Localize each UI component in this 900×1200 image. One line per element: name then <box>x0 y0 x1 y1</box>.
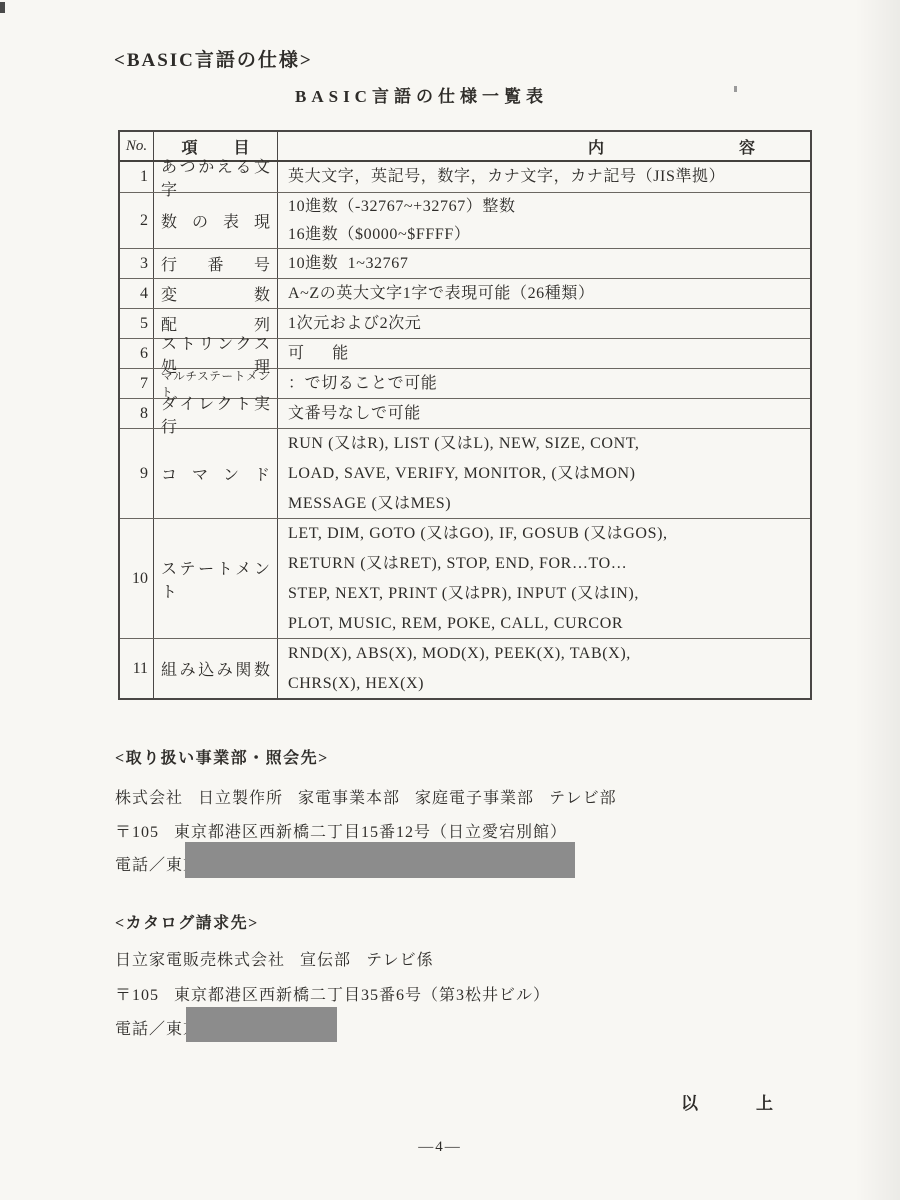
row-no: 7 <box>120 369 154 398</box>
contact1-company: 株式会社 日立製作所 家電事業本部 家庭電子事業部 テレビ部 <box>115 785 617 808</box>
row-no: 10 <box>120 519 154 638</box>
header-content: 内 容 <box>278 132 810 160</box>
row-content: 1次元および2次元 <box>288 309 800 339</box>
phone-redaction-bar <box>185 842 575 878</box>
table-title: BASIC言語の仕様一覧表 <box>295 82 548 107</box>
row-content: RUN (又はR), LIST (又はL), NEW, SIZE, CONT, <box>288 429 800 459</box>
contact2-address: 〒105 東京都港区西新橋二丁目35番6号（第3松井ビル） <box>115 982 550 1005</box>
contact1-address: 〒105 東京都港区西新橋二丁目15番12号（日立愛宕別館） <box>115 819 567 842</box>
table-row: 2 数の表現 10進数（-32767~+32767）整数 16進数（$0000~… <box>120 192 810 248</box>
table-row: 10 ステートメント LET, DIM, GOTO (又はGO), IF, GO… <box>120 518 810 638</box>
row-content: 16進数（$0000~$FFFF） <box>288 221 800 249</box>
row-item: コマンド <box>161 462 270 485</box>
row-no: 1 <box>120 162 154 192</box>
row-no: 2 <box>120 193 154 248</box>
table-row: 8 ダイレクト実行 文番号なしで可能 <box>120 398 810 428</box>
row-item: 組み込み関数 <box>161 657 270 680</box>
page-heading: <BASIC言語の仕様> <box>114 45 313 72</box>
row-content: PLOT, MUSIC, REM, POKE, CALL, CURCOR <box>288 609 800 639</box>
row-item: 変数 <box>161 282 270 305</box>
contact1-title: <取り扱い事業部・照会先> <box>115 745 329 768</box>
closing-mark: 以 上 <box>681 1089 773 1114</box>
table-row: 1 あつかえる文字 英大文字，英記号，数字，カナ文字，カナ記号（JIS準拠） <box>120 162 810 192</box>
row-no: 11 <box>120 639 154 698</box>
document-page: <BASIC言語の仕様> BASIC言語の仕様一覧表 No. 項 目 内 容 1… <box>0 0 900 1200</box>
row-item: 数の表現 <box>161 209 270 232</box>
row-content: 10進数（-32767~+32767）整数 <box>288 193 800 221</box>
scan-speck <box>734 86 737 92</box>
row-content: ：で切ることで可能 <box>288 369 800 399</box>
spec-table: No. 項 目 内 容 1 あつかえる文字 英大文字，英記号，数字，カナ文字，カ… <box>118 130 812 700</box>
row-no: 6 <box>120 339 154 368</box>
row-no: 4 <box>120 279 154 308</box>
row-no: 5 <box>120 309 154 338</box>
table-row: 9 コマンド RUN (又はR), LIST (又はL), NEW, SIZE,… <box>120 428 810 518</box>
table-row: 6 ストリンクス処理 可 能 <box>120 338 810 368</box>
row-content: CHRS(X), HEX(X) <box>288 669 800 699</box>
row-no: 3 <box>120 249 154 278</box>
row-content: RETURN (又はRET), STOP, END, FOR…TO… <box>288 549 800 579</box>
row-content: 可 能 <box>288 339 800 369</box>
page-number: —4— <box>405 1139 475 1156</box>
row-content: 文番号なしで可能 <box>288 399 800 429</box>
table-row: 3 行番号 10進数 1~32767 <box>120 248 810 278</box>
row-content: A~Zの英大文字1字で表現可能（26種類） <box>288 279 800 309</box>
closing-char: 以 <box>681 1089 698 1114</box>
row-item: 行番号 <box>161 252 270 275</box>
row-content: 10進数 1~32767 <box>288 249 800 279</box>
row-content: STEP, NEXT, PRINT (又はPR), INPUT (又はIN), <box>288 579 800 609</box>
table-row: 11 組み込み関数 RND(X), ABS(X), MOD(X), PEEK(X… <box>120 638 810 698</box>
scan-speck <box>0 2 5 13</box>
contact2-company: 日立家電販売株式会社 宣伝部 テレビ係 <box>115 947 434 970</box>
header-content-char: 容 <box>739 135 755 158</box>
table-row: 4 変数 A~Zの英大文字1字で表現可能（26種類） <box>120 278 810 308</box>
row-item: ステートメント <box>161 556 270 602</box>
row-no: 9 <box>120 429 154 518</box>
contact2-title: <カタログ請求先> <box>115 910 259 933</box>
row-no: 8 <box>120 399 154 428</box>
header-no: No. <box>120 132 154 160</box>
row-content: MESSAGE (又はMES) <box>288 489 800 519</box>
phone-redaction-bar <box>186 1007 337 1042</box>
row-content: LET, DIM, GOTO (又はGO), IF, GOSUB (又はGOS)… <box>288 519 800 549</box>
row-content: RND(X), ABS(X), MOD(X), PEEK(X), TAB(X), <box>288 639 800 669</box>
row-content: LOAD, SAVE, VERIFY, MONITOR, (又はMON) <box>288 459 800 489</box>
row-content: 英大文字，英記号，数字，カナ文字，カナ記号（JIS準拠） <box>288 162 800 192</box>
closing-char: 上 <box>756 1089 773 1114</box>
header-content-char: 内 <box>588 135 604 158</box>
